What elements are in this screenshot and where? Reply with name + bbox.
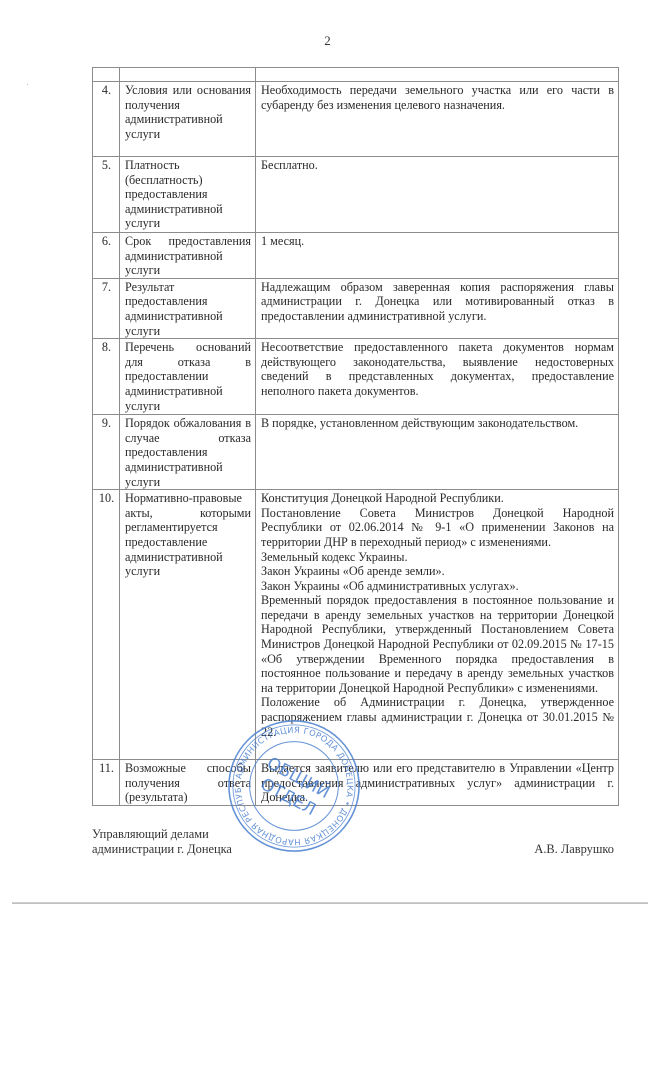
value-paragraph: 1 месяц. (261, 234, 614, 249)
page-bottom-rule (12, 902, 648, 904)
value-paragraph: Конституция Донецкой Народной Республики… (261, 491, 614, 506)
signature-title-line2: администрации г. Донецка (92, 842, 232, 857)
row-parameter-value: 1 месяц. (256, 233, 619, 279)
signature-title-line1: Управляющий делами (92, 827, 232, 842)
row-parameter-value: Бесплатно. (256, 157, 619, 233)
value-paragraph: Закон Украины «Об аренде земли». (261, 564, 614, 579)
row-parameter-name: Порядок обжалования в случае отказа пред… (120, 415, 256, 490)
value-paragraph: Бесплатно. (261, 158, 614, 173)
value-paragraph: Выдается заявителю или его представителю… (261, 761, 614, 805)
value-paragraph: Закон Украины «Об административных услуг… (261, 579, 614, 594)
row-parameter-value: Конституция Донецкой Народной Республики… (256, 490, 619, 760)
row-parameter-name: Результат предоставления административно… (120, 278, 256, 338)
table-row: 8.Перечень оснований для отказа в предос… (93, 339, 619, 415)
value-paragraph: Временный порядок предоставления в посто… (261, 593, 614, 695)
value-paragraph: Положение об Администрации г. Донецка, у… (261, 695, 614, 739)
row-number: 7. (93, 278, 120, 338)
row-parameter-value: В порядке, установленном действующим зак… (256, 415, 619, 490)
row-parameter-value: Выдается заявителю или его представителю… (256, 760, 619, 806)
row-number: 10. (93, 490, 120, 760)
value-paragraph: Надлежащим образом заверенная копия расп… (261, 280, 614, 324)
signature-title: Управляющий делами администрации г. Доне… (92, 827, 232, 857)
value-paragraph: Необходимость передачи земельного участк… (261, 83, 614, 112)
row-parameter-name: Возможные способы получения ответа (резу… (120, 760, 256, 806)
row-number: 5. (93, 157, 120, 233)
row-number: 11. (93, 760, 120, 806)
table-row: 9.Порядок обжалования в случае отказа пр… (93, 415, 619, 490)
row-parameter-name: Нормативно-правовые акты, которыми регла… (120, 490, 256, 760)
scan-speck (27, 84, 28, 85)
table-row: 4.Условия или основания получения админи… (93, 82, 619, 157)
row-parameter-value: Надлежащим образом заверенная копия расп… (256, 278, 619, 338)
table-row: 7.Результат предоставления административ… (93, 278, 619, 338)
table-row: 10.Нормативно-правовые акты, которыми ре… (93, 490, 619, 760)
row-number: 9. (93, 415, 120, 490)
value-paragraph: Несоответствие предоставленного пакета д… (261, 340, 614, 398)
value-paragraph: В порядке, установленном действующим зак… (261, 416, 614, 431)
row-parameter-name: Условия или основания получения админист… (120, 82, 256, 157)
row-parameter-value: Несоответствие предоставленного пакета д… (256, 339, 619, 415)
row-parameter-name: Перечень оснований для отказа в предоста… (120, 339, 256, 415)
row-parameter-value: Необходимость передачи земельного участк… (256, 82, 619, 157)
row-number: 4. (93, 82, 120, 157)
page-number: 2 (0, 33, 655, 49)
row-number: 6. (93, 233, 120, 279)
value-paragraph: Земельный кодекс Украины. (261, 550, 614, 565)
row-parameter-name: Срок предоставления административной усл… (120, 233, 256, 279)
signature-name: А.В. Лаврушко (534, 842, 614, 857)
table-row: 6.Срок предоставления административной у… (93, 233, 619, 279)
value-paragraph: Постановление Совета Министров Донецкой … (261, 506, 614, 550)
row-number: 8. (93, 339, 120, 415)
service-info-table: 4.Условия или основания получения админи… (92, 67, 619, 806)
table-row: 11.Возможные способы получения ответа (р… (93, 760, 619, 806)
table-row-continuation (93, 68, 619, 82)
row-parameter-name: Платность (бесплатность) предоставления … (120, 157, 256, 233)
table-row: 5.Платность (бесплатность) предоставлени… (93, 157, 619, 233)
